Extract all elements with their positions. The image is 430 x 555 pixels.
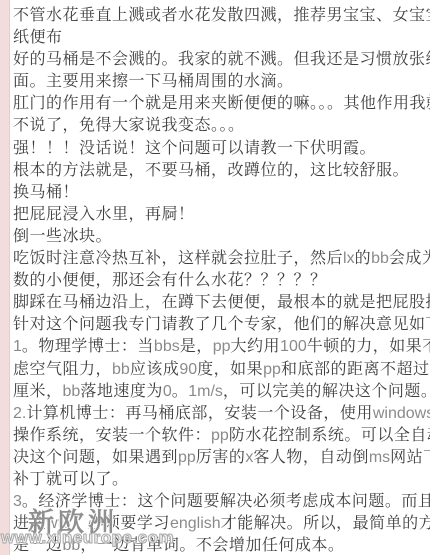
text-line: 根本的方法就是，不要马桶，改蹲位的，这比较舒服。 [13, 160, 425, 182]
text-line: 倒一些冰块。 [13, 226, 425, 248]
latin-text: bb [112, 361, 130, 378]
forum-text-page: 不管水花垂直上溅或者水花发散四溅，推荐男宝宝、女宝宝用纸便布好的马桶是不会溅的。… [0, 0, 430, 555]
latin-text: bb [63, 537, 81, 554]
text-line: 决这个问题，如果遇到pp厉害的x客人物，自动倒ms网站下载 [13, 447, 425, 469]
latin-text: windowsxp [373, 405, 430, 422]
text-line: 补丁就可以了。 [13, 469, 425, 491]
text-line: 针对这个问题我专门请教了几个专家，他们的解决意见如下： [13, 314, 425, 336]
text-line: 吃饭时注意冷热互补，这样就会拉肚子，然后lx的bb会成为无 [13, 248, 425, 270]
latin-text: 0 [163, 383, 172, 400]
text-line: 操作系统，安装一个软件：pp防水花控制系统。可以全自动解 [13, 425, 425, 447]
text-line: 面。主要用来擦一下马桶周围的水滴。 [13, 71, 425, 93]
text-line: 2.计算机博士：再马桶底部，安装一个设备，使用windowsxp [13, 403, 425, 425]
text-line: 强！！！没话说！这个问题可以请教一下伏明霞。 [13, 138, 425, 160]
latin-text: ms [369, 449, 390, 466]
latin-text: bb [371, 250, 389, 267]
latin-text: 90 [179, 361, 197, 378]
latin-text: pp [263, 361, 281, 378]
text-lines: 不管水花垂直上溅或者水花发散四溅，推荐男宝宝、女宝宝用纸便布好的马桶是不会溅的。… [13, 5, 425, 555]
text-line: 脚踩在马桶边沿上，在蹲下去便便，最根本的就是把屁股抬高 [13, 292, 425, 314]
latin-text: 100 [280, 338, 307, 355]
text-line: 数的小便便，那还会有什么水花？？？？？ [13, 270, 425, 292]
latin-text: bbs [154, 338, 180, 355]
text-line: 好的马桶是不会溅的。我家的就不溅。但我还是习惯放张纸里 [13, 49, 425, 71]
latin-text: pp [178, 449, 196, 466]
text-line: 换马桶！ [13, 182, 425, 204]
latin-text: 2. [13, 405, 26, 422]
text-line: 把屁屁浸入水里，再屙！ [13, 204, 425, 226]
left-margin-strip [0, 0, 10, 555]
text-line: 不说了，免得大家说我变态。。。 [13, 115, 425, 137]
text-line: 厘米，bb落地速度为0。1m/s，可以完美的解决这个问题。 [13, 381, 425, 403]
latin-text: pp [213, 338, 231, 355]
text-line: 纸便布 [13, 27, 425, 49]
text-line: 1。物理学博士：当bbs是，pp大约用100牛顿的力，如果不考 [13, 336, 425, 358]
text-line: 肛门的作用有一个就是用来夹断便便的嘛。。。其他作用我就 [13, 93, 425, 115]
latin-text: wto [46, 515, 71, 532]
text-line: 虑空气阻力，bb应该成90度，如果pp和底部的距离不超过10 [13, 359, 425, 381]
latin-text: 1 [13, 338, 22, 355]
latin-text: 3 [13, 493, 22, 510]
latin-text: pp [211, 427, 229, 444]
latin-text: 1m/s [188, 383, 223, 400]
latin-text: bb [63, 383, 81, 400]
text-line: 不管水花垂直上溅或者水花发散四溅，推荐男宝宝、女宝宝用 [13, 5, 425, 27]
latin-text: lx [343, 250, 355, 267]
text-line: 是一边bb，一边背单词。不会增加任何成本。 [13, 535, 425, 555]
latin-text: english [170, 515, 221, 532]
text-line: 3。经济学博士：这个问题要解决必须考虑成本问题。而且要 [13, 491, 425, 513]
text-line: 进入wto，必须要学习english才能解决。所以，最简单的方法 [13, 513, 425, 535]
